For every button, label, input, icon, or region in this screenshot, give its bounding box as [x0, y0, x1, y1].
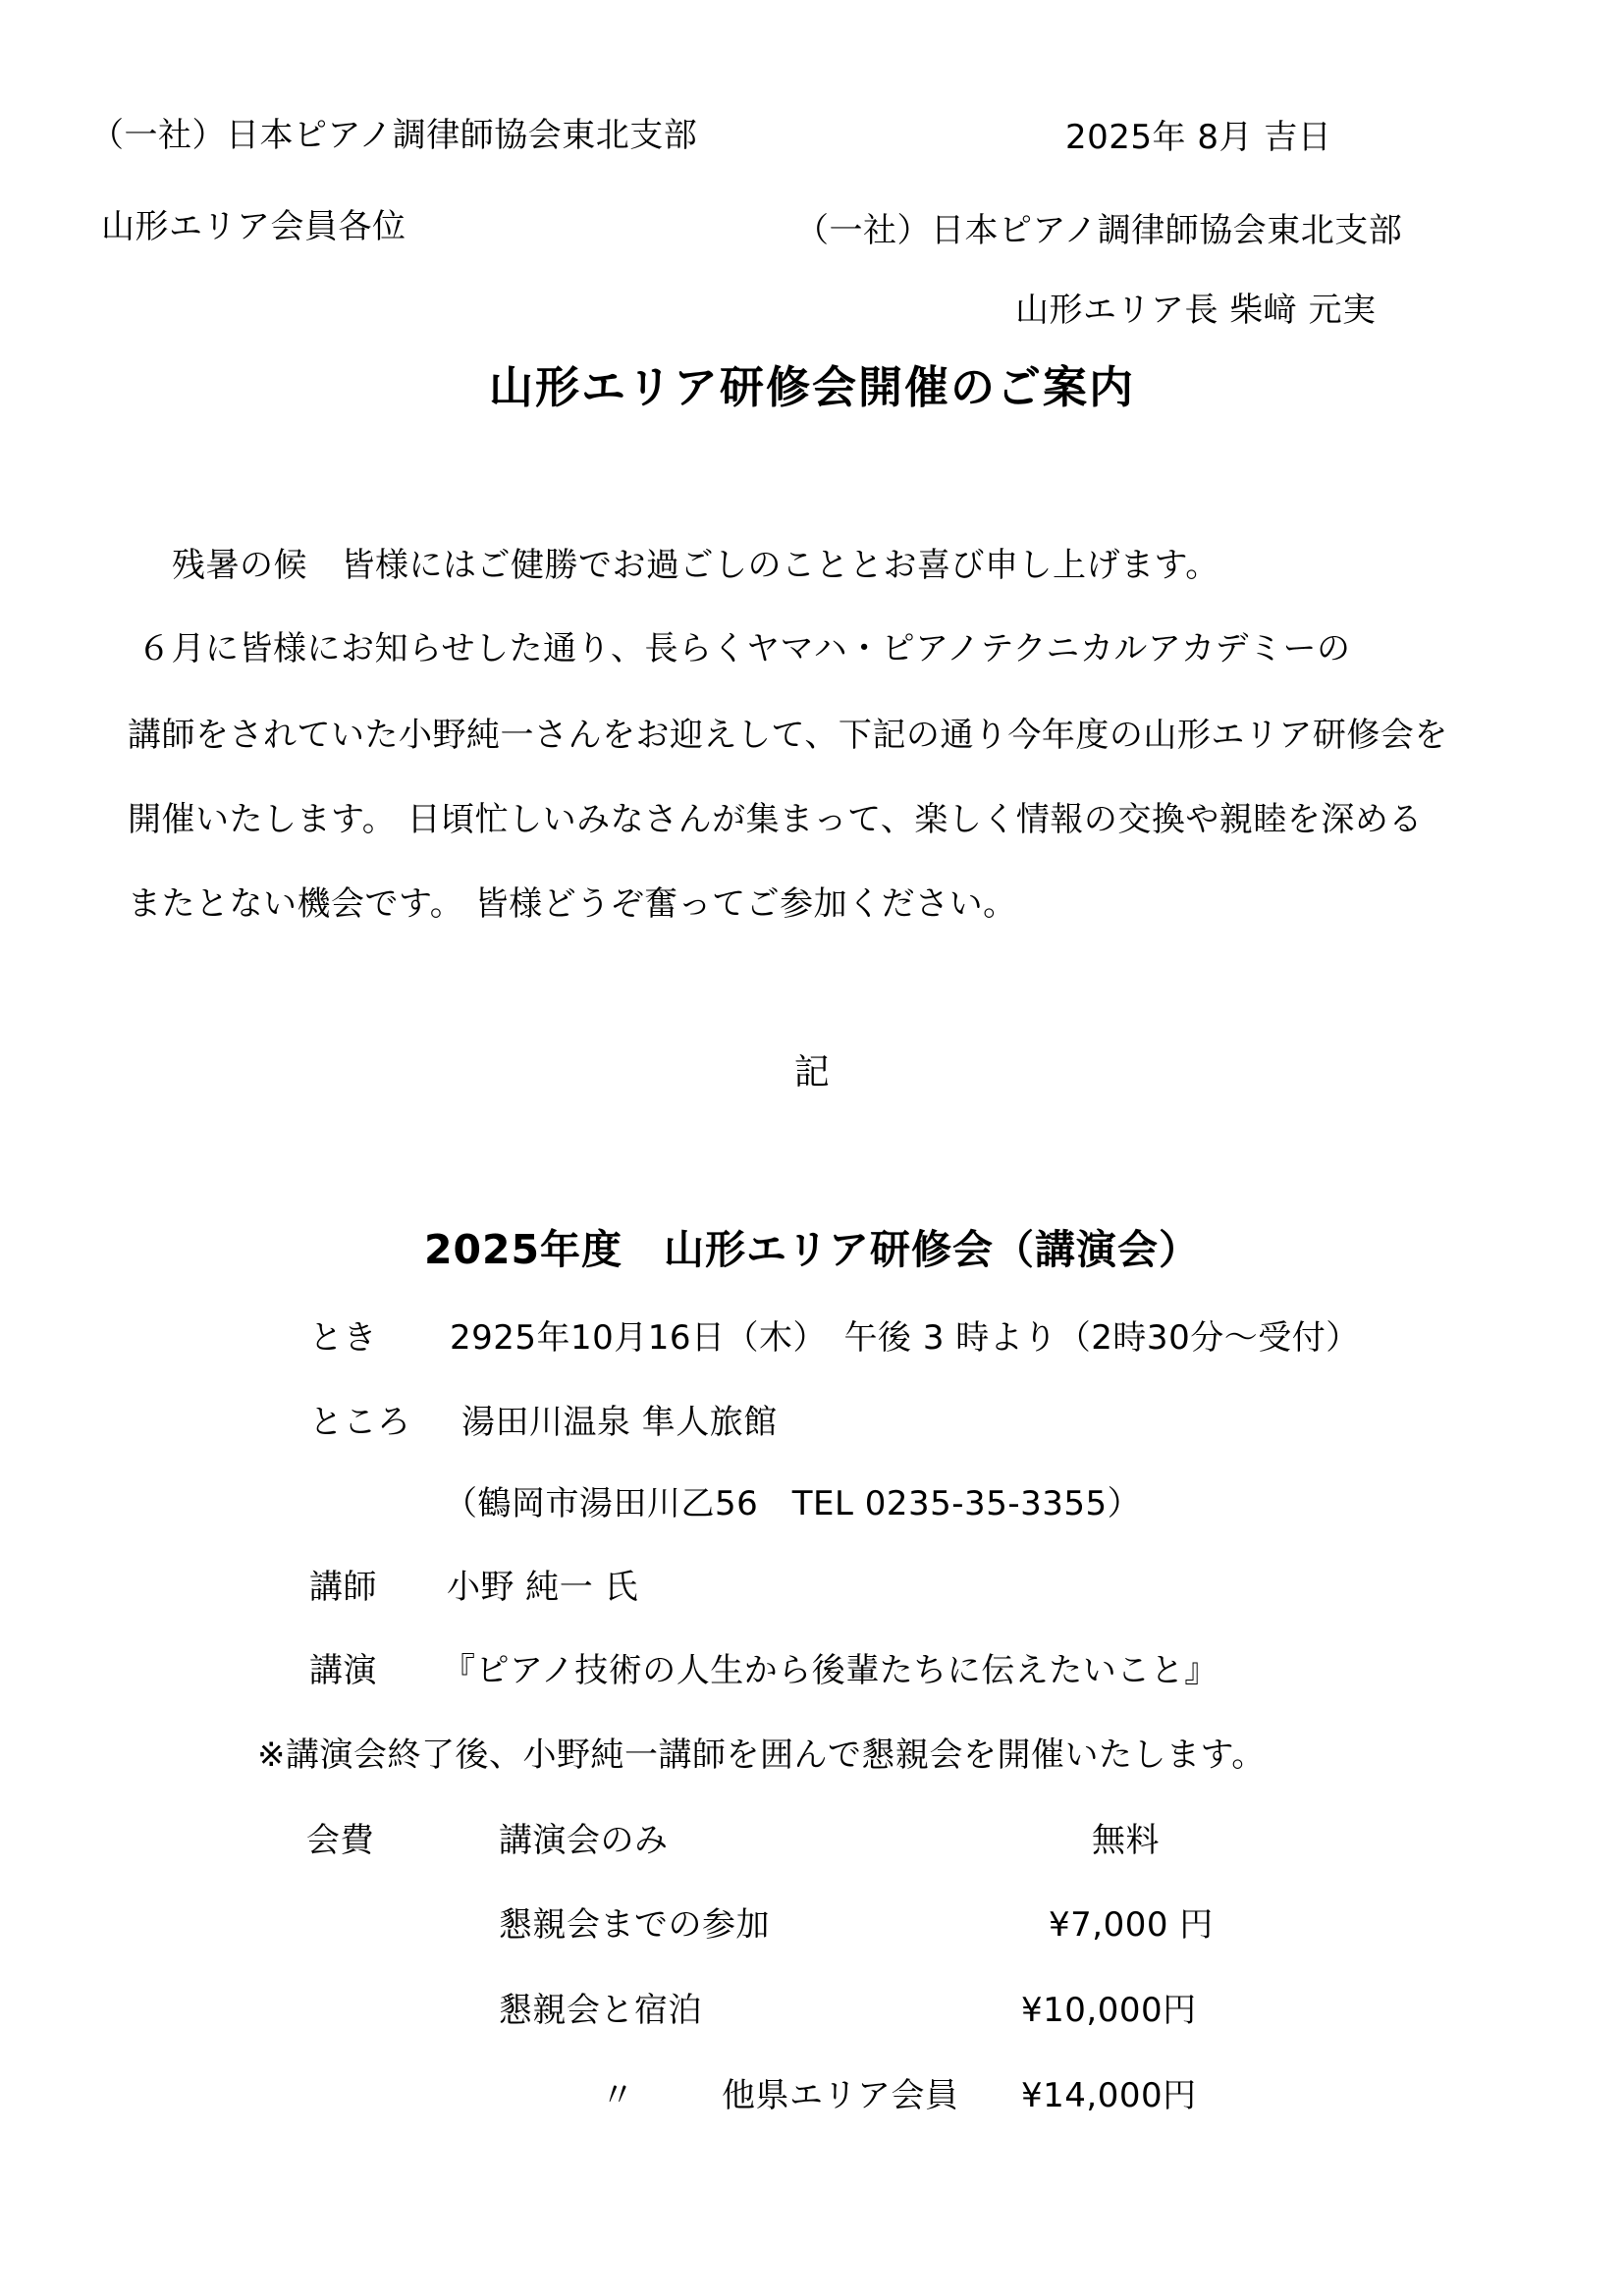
- sender-name: 山形エリア長 柴﨑 元実: [1015, 291, 1377, 331]
- fee-label: 会費: [306, 1821, 374, 1861]
- fee-row-price: ¥7,000 円: [1049, 1905, 1214, 1946]
- lecture-title: 『ピアノ技術の人生から後輩たちに伝えたいこと』: [442, 1651, 1218, 1691]
- fee-row-price: 無料: [1092, 1821, 1160, 1861]
- fee-row-item: 他県エリア会員: [722, 2076, 959, 2116]
- greeting-paragraph-2: ６月に皆様にお知らせした通り、長らくヤマハ・ピアノテクニカルアカデミーの: [137, 629, 1351, 669]
- sender-org: （一社）日本ピアノ調律師協会東北支部: [795, 211, 1402, 251]
- fee-row-price: ¥14,000円: [1021, 2076, 1197, 2116]
- time-value: 2925年10月16日（木） 午後 3 時より（2時30分～受付）: [450, 1318, 1360, 1359]
- ditto-mark: 〃: [601, 2076, 635, 2116]
- fee-row-price: ¥10,000円: [1021, 1991, 1197, 2031]
- recipient-line: 山形エリア会員各位: [101, 207, 406, 247]
- document-page: （一社）日本ピアノ調律師協会東北支部 2025年 8月 吉日 山形エリア会員各位…: [0, 0, 1624, 2296]
- fee-row-item: 懇親会までの参加: [499, 1905, 770, 1946]
- time-label: とき: [309, 1318, 377, 1359]
- lecturer-label: 講師: [309, 1568, 377, 1608]
- greeting-paragraph-5: またとない機会です。 皆様どうぞ奮ってご参加ください。: [128, 884, 1017, 925]
- lecturer-name: 小野 純一 氏: [447, 1568, 638, 1608]
- place-address: （鶴岡市湯田川乙56 TEL 0235-35-3355）: [444, 1484, 1141, 1524]
- place-value: 湯田川温泉 隼人旅館: [461, 1403, 778, 1443]
- after-party-note: ※講演会終了後、小野純一講師を囲んで懇親会を開催いたします。: [257, 1735, 1266, 1776]
- lecture-label: 講演: [309, 1651, 377, 1691]
- greeting-paragraph-1: 残暑の候 皆様にはご健勝でお過ごしのこととお喜び申し上げます。: [172, 546, 1219, 586]
- event-section-title: 2025年度 山形エリア研修会（講演会）: [0, 1226, 1624, 1274]
- greeting-paragraph-4: 開催いたします。 日頃忙しいみなさんが集まって、楽しく情報の交換や親睦を深める: [128, 800, 1423, 840]
- fee-row-item: 講演会のみ: [499, 1821, 669, 1861]
- greeting-paragraph-3: 講師をされていた小野純一さんをお迎えして、下記の通り今年度の山形エリア研修会を: [128, 716, 1448, 756]
- header-org: （一社）日本ピアノ調律師協会東北支部: [90, 116, 697, 156]
- ki-marker: 記: [0, 1051, 1624, 1094]
- place-label: ところ: [309, 1403, 411, 1443]
- document-title: 山形エリア研修会開催のご案内: [0, 361, 1624, 414]
- document-date: 2025年 8月 吉日: [1065, 118, 1331, 158]
- fee-row-item: 懇親会と宿泊: [499, 1991, 702, 2031]
